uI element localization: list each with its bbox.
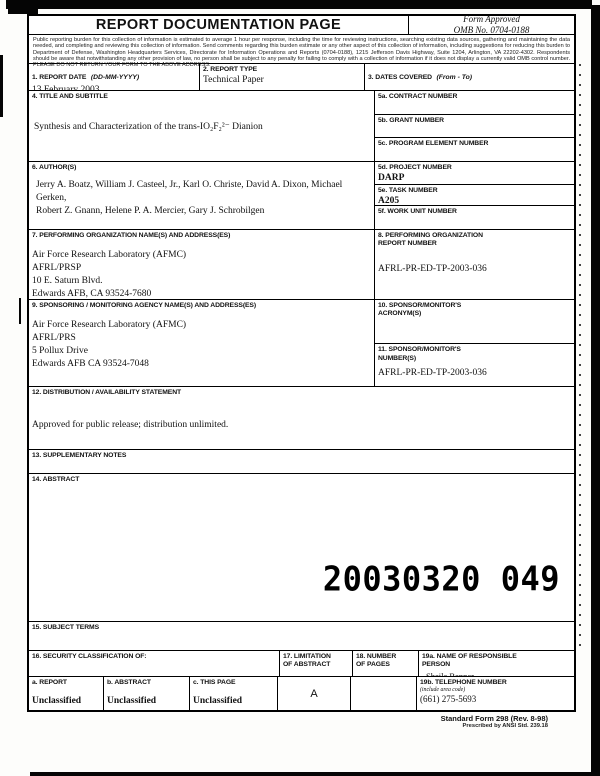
task-number-label: 5e. TASK NUMBER (378, 187, 571, 195)
burden-statement: Public reporting burden for this collect… (29, 35, 574, 63)
class-this-page-label: c. THIS PAGE (193, 679, 274, 687)
field-project-number: 5d. PROJECT NUMBER DARP (375, 162, 574, 185)
field-report-type: 2. REPORT TYPE Technical Paper (200, 64, 365, 90)
sponsor-number-value: AFRL-PR-ED-TP-2003-036 (378, 367, 571, 380)
prescribed-note: Prescribed by ANSI Std. 239.18 (27, 723, 548, 729)
scan-blob-top-left (8, 0, 38, 14)
row-4-5abc: 4. TITLE AND SUBTITLE Synthesis and Char… (29, 91, 574, 162)
field-sponsor-acronym: 10. SPONSOR/MONITOR'S ACRONYM(S) (375, 300, 574, 344)
field-task-number: 5e. TASK NUMBER A205 (375, 185, 574, 207)
fields-10-11: 10. SPONSOR/MONITOR'S ACRONYM(S) 11. SPO… (375, 300, 574, 386)
class-abstract-label: b. ABSTRACT (107, 679, 186, 687)
class-abstract-value: Unclassified (107, 696, 186, 706)
sponsoring-agency-label: 9. SPONSORING / MONITORING AGENCY NAME(S… (32, 302, 371, 310)
field-authors: 6. AUTHOR(S) Jerry A. Boatz, William J. … (29, 162, 375, 229)
row-13: 13. SUPPLEMENTARY NOTES (29, 450, 574, 474)
form-footer: Standard Form 298 (Rev. 8-98) Prescribed… (27, 714, 576, 729)
sf298-form: REPORT DOCUMENTATION PAGE Form Approved … (27, 14, 576, 712)
distribution-label: 12. DISTRIBUTION / AVAILABILITY STATEMEN… (32, 389, 571, 397)
telephone-note: (include area code) (420, 687, 571, 693)
field-class-this-page: c. THIS PAGE Unclassified (190, 677, 278, 710)
form-approved-line1: Form Approved (463, 14, 520, 25)
field-supplementary-notes: 13. SUPPLEMENTARY NOTES (29, 450, 574, 473)
docket-stamp: 20030320 049 (323, 559, 560, 599)
scan-mark-left-2 (19, 298, 21, 324)
sponsoring-agency-value: Air Force Research Laboratory (AFMC) AFR… (32, 319, 371, 370)
class-this-page-value: Unclassified (193, 696, 274, 706)
row-14: 14. ABSTRACT 20030320 049 (29, 474, 574, 622)
performing-report-number-value: AFRL-PR-ED-TP-2003-036 (378, 263, 571, 276)
number-of-pages-value (351, 677, 417, 710)
row-12: 12. DISTRIBUTION / AVAILABILITY STATEMEN… (29, 387, 574, 450)
number-of-pages-label: 18. NUMBER OF PAGES (356, 653, 415, 670)
contract-number-label: 5a. CONTRACT NUMBER (378, 93, 571, 101)
form-header-row: REPORT DOCUMENTATION PAGE Form Approved … (29, 16, 574, 35)
field-grant-number: 5b. GRANT NUMBER (375, 115, 574, 139)
scanned-document-page: REPORT DOCUMENTATION PAGE Form Approved … (0, 0, 600, 776)
report-date-value: 13 February 2003 (32, 84, 196, 90)
field-class-abstract: b. ABSTRACT Unclassified (104, 677, 190, 710)
row-1-2-3: 1. REPORT DATE (DD-MM-YYYY) 13 February … (29, 64, 574, 91)
field-distribution: 12. DISTRIBUTION / AVAILABILITY STATEMEN… (29, 387, 574, 449)
scan-edge-right (591, 5, 600, 773)
limitation-value: A (278, 677, 351, 710)
field-work-unit: 5f. WORK UNIT NUMBER (375, 206, 574, 229)
standard-form-note: Standard Form 298 (Rev. 8-98) (27, 714, 548, 723)
field-report-date: 1. REPORT DATE (DD-MM-YYYY) 13 February … (29, 64, 200, 90)
field-telephone: 19b. TELEPHONE NUMBER (include area code… (417, 677, 574, 710)
dates-covered-label: 3. DATES COVERED (368, 74, 432, 81)
sponsor-number-label: 11. SPONSOR/MONITOR'S NUMBER(S) (378, 346, 571, 363)
class-report-value: Unclassified (32, 696, 100, 706)
performing-org-label: 7. PERFORMING ORGANIZATION NAME(S) AND A… (32, 232, 371, 240)
form-approved-box: Form Approved OMB No. 0704-0188 (409, 16, 574, 34)
program-element-label: 5c. PROGRAM ELEMENT NUMBER (378, 140, 571, 148)
authors-label: 6. AUTHOR(S) (32, 164, 371, 172)
telephone-value: (661) 275-5693 (420, 694, 571, 704)
fields-5def: 5d. PROJECT NUMBER DARP 5e. TASK NUMBER … (375, 162, 574, 229)
title-value: Synthesis and Characterization of the tr… (34, 121, 371, 134)
limitation-label: 17. LIMITATION OF ABSTRACT (283, 653, 349, 670)
row-6-5def: 6. AUTHOR(S) Jerry A. Boatz, William J. … (29, 162, 574, 230)
class-report-label: a. REPORT (32, 679, 100, 687)
scan-edge-bottom (30, 772, 600, 776)
row-15: 15. SUBJECT TERMS (29, 622, 574, 651)
responsible-person-value: Sheila Benner (426, 671, 571, 676)
field-sponsor-number: 11. SPONSOR/MONITOR'S NUMBER(S) AFRL-PR-… (375, 344, 574, 386)
scan-edge-top (6, 0, 592, 9)
subject-terms-label: 15. SUBJECT TERMS (32, 624, 571, 632)
field-sponsoring-agency: 9. SPONSORING / MONITORING AGENCY NAME(S… (29, 300, 375, 386)
report-type-label: 2. REPORT TYPE (203, 66, 361, 74)
field-program-element: 5c. PROGRAM ELEMENT NUMBER (375, 138, 574, 161)
security-classification-header: 16. SECURITY CLASSIFICATION OF: (29, 651, 280, 676)
scan-dotted-line (579, 64, 581, 654)
field-performing-org: 7. PERFORMING ORGANIZATION NAME(S) AND A… (29, 230, 375, 299)
responsible-person-label: 19a. NAME OF RESPONSIBLE PERSON (422, 653, 571, 670)
abstract-label: 14. ABSTRACT (32, 476, 571, 484)
distribution-value: Approved for public release; distributio… (32, 419, 571, 432)
field-limitation-of-abstract: 17. LIMITATION OF ABSTRACT (280, 651, 353, 676)
row-9-10-11: 9. SPONSORING / MONITORING AGENCY NAME(S… (29, 300, 574, 387)
fields-5abc: 5a. CONTRACT NUMBER 5b. GRANT NUMBER 5c.… (375, 91, 574, 161)
field-performing-report-number: 8. PERFORMING ORGANIZATION REPORT NUMBER… (375, 230, 574, 299)
row-7-8: 7. PERFORMING ORGANIZATION NAME(S) AND A… (29, 230, 574, 300)
field-subject-terms: 15. SUBJECT TERMS (29, 622, 574, 650)
burden-statement-row: Public reporting burden for this collect… (29, 35, 574, 64)
project-number-value: DARP (378, 172, 571, 184)
security-classification-label: 16. SECURITY CLASSIFICATION OF: (32, 653, 276, 661)
field-number-of-pages: 18. NUMBER OF PAGES (353, 651, 419, 676)
field-abstract: 14. ABSTRACT 20030320 049 (29, 474, 574, 621)
field-contract-number: 5a. CONTRACT NUMBER (375, 91, 574, 115)
report-date-label: 1. REPORT DATE (32, 74, 86, 81)
field-dates-covered: 3. DATES COVERED (From - To) (365, 64, 574, 90)
grant-number-label: 5b. GRANT NUMBER (378, 117, 571, 125)
sponsor-acronym-label: 10. SPONSOR/MONITOR'S ACRONYM(S) (378, 302, 571, 319)
form-title: REPORT DOCUMENTATION PAGE (29, 16, 409, 34)
task-number-value: A205 (378, 195, 571, 206)
authors-value: Jerry A. Boatz, William J. Casteel, Jr.,… (36, 179, 371, 217)
dates-covered-note: (From - To) (436, 74, 472, 81)
performing-org-value: Air Force Research Laboratory (AFMC) AFR… (32, 249, 371, 299)
report-date-note: (DD-MM-YYYY) (91, 74, 139, 81)
report-type-value: Technical Paper (203, 74, 361, 87)
field-responsible-person: 19a. NAME OF RESPONSIBLE PERSON Sheila B… (419, 651, 574, 676)
row-16-sub: a. REPORT Unclassified b. ABSTRACT Uncla… (29, 677, 574, 710)
field-title-subtitle: 4. TITLE AND SUBTITLE Synthesis and Char… (29, 91, 375, 161)
project-number-label: 5d. PROJECT NUMBER (378, 164, 571, 172)
work-unit-label: 5f. WORK UNIT NUMBER (378, 208, 571, 216)
row-16-header: 16. SECURITY CLASSIFICATION OF: 17. LIMI… (29, 651, 574, 677)
title-label: 4. TITLE AND SUBTITLE (32, 93, 371, 101)
field-class-report: a. REPORT Unclassified (29, 677, 104, 710)
supplementary-notes-label: 13. SUPPLEMENTARY NOTES (32, 452, 571, 460)
scan-mark-left (0, 55, 3, 117)
performing-report-number-label: 8. PERFORMING ORGANIZATION REPORT NUMBER (378, 232, 571, 249)
